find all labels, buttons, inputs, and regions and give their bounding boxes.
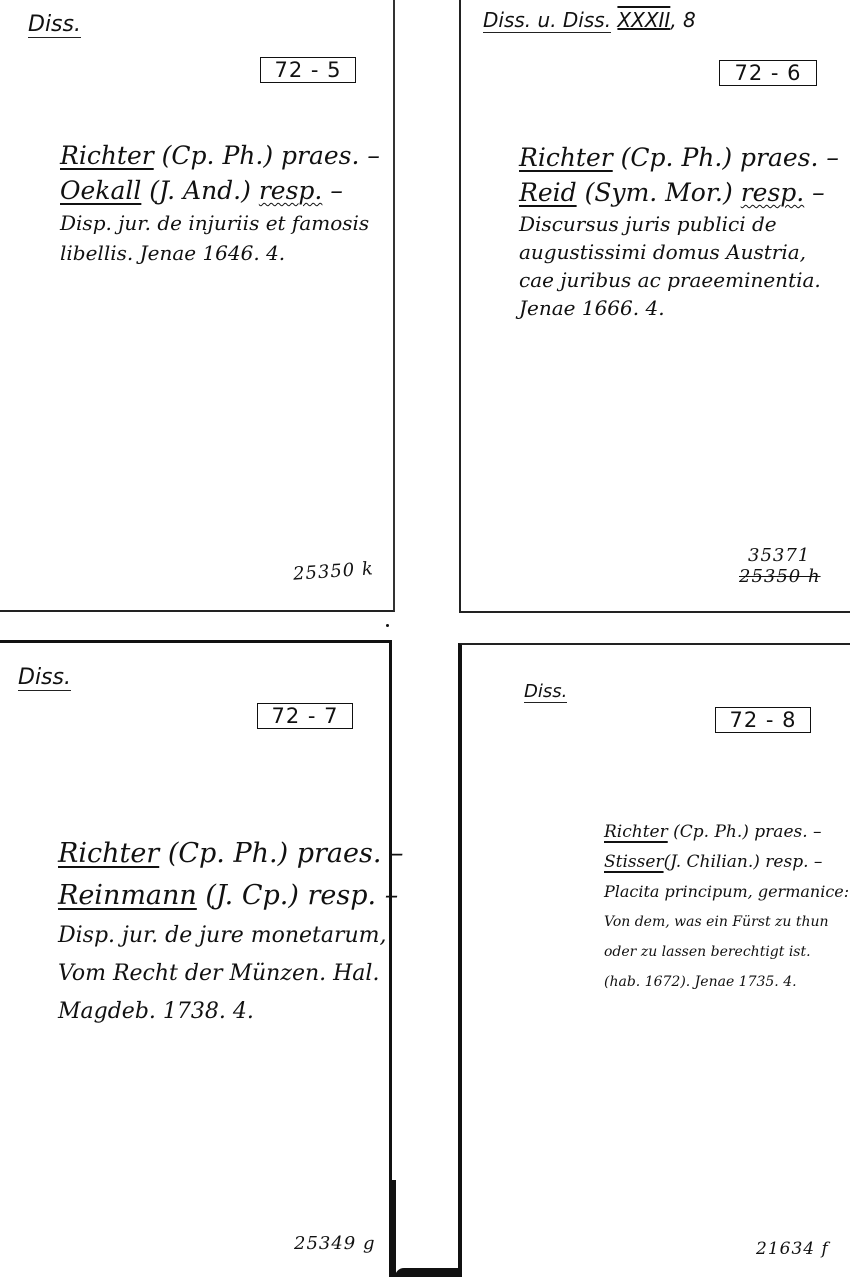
respondent-line: Stisser(J. Chilian.) resp. – (604, 847, 849, 877)
praeses-line: Richter (Cp. Ph.) praes. – (60, 138, 380, 174)
title-line: Placita principum, germanice: (604, 877, 849, 907)
accession-number: 35371 (748, 545, 810, 566)
praeses-name: Richter (58, 838, 159, 869)
respondent-line: Oekall (J. And.) resp. – (60, 174, 380, 208)
praeses-name: Richter (604, 822, 668, 842)
praeses-name: Richter (60, 141, 154, 170)
scan-speck (386, 624, 389, 627)
bibliographic-entry: Richter (Cp. Ph.) praes. – Reinmann (J. … (58, 833, 404, 1031)
catalog-card-72-5: Diss. 72 - 5 Richter (Cp. Ph.) praes. – … (0, 0, 395, 612)
shelf-mark: Diss. (28, 12, 81, 38)
shelf-mark: Diss. (524, 681, 567, 703)
catalog-card-72-8: Diss. 72 - 8 Richter (Cp. Ph.) praes. – … (458, 643, 850, 1277)
respondent-name: Oekall (60, 176, 141, 205)
call-number: 72 - 8 (715, 707, 811, 733)
praeses-line: Richter (Cp. Ph.) praes. – (604, 817, 849, 847)
title-line: (hab. 1672). Jenae 1735. 4. (604, 967, 849, 997)
praeses-line: Richter (Cp. Ph.) praes. – (519, 140, 839, 176)
title-line: Disp. jur. de injuriis et famosis (60, 208, 380, 238)
catalog-card-72-6: Diss. u. Diss. XXXII, 8 72 - 6 Richter (… (459, 0, 850, 613)
title-line: Magdeb. 1738. 4. (58, 993, 404, 1031)
title-line: Jenae 1666. 4. (519, 294, 839, 322)
call-number: 72 - 7 (257, 703, 353, 729)
respondent-name: Stisser (604, 852, 664, 872)
respondent-name: Reinmann (58, 880, 197, 911)
accession-number: 21634 f (756, 1239, 829, 1259)
title-line: Disp. jur. de jure monetarum, (58, 917, 404, 955)
call-number: 72 - 5 (260, 57, 356, 83)
bibliographic-entry: Richter (Cp. Ph.) praes. – Oekall (J. An… (60, 138, 380, 268)
title-line: oder zu lassen berechtigt ist. (604, 937, 849, 967)
accession-number: 25350 h (739, 566, 821, 587)
respondent-name: Reid (519, 178, 577, 207)
call-number: 72 - 6 (719, 60, 817, 86)
shelf-mark: Diss. (18, 665, 71, 691)
shelf-volume: XXXII (617, 8, 670, 32)
title-line: Discursus juris publici de (519, 210, 839, 238)
scan-shadow (395, 1268, 460, 1277)
bibliographic-entry: Richter (Cp. Ph.) praes. – Reid (Sym. Mo… (519, 140, 839, 322)
catalog-card-72-7: Diss. 72 - 7 Richter (Cp. Ph.) praes. – … (0, 640, 392, 1277)
respondent-line: Reid (Sym. Mor.) resp. – (519, 176, 839, 210)
praeses-name: Richter (519, 143, 613, 172)
respondent-line: Reinmann (J. Cp.) resp. – (58, 875, 404, 917)
shelf-mark: Diss. u. Diss. XXXII, 8 (483, 8, 696, 32)
accession-number: 25349 g (294, 1233, 376, 1254)
title-line: cae juribus ac praeeminentia. (519, 266, 839, 294)
title-line: augustissimi domus Austria, (519, 238, 839, 266)
praeses-line: Richter (Cp. Ph.) praes. – (58, 833, 404, 875)
accession-number: 25350 k (292, 558, 374, 585)
title-line: libellis. Jenae 1646. 4. (60, 238, 380, 268)
title-line: Vom Recht der Münzen. Hal. (58, 955, 404, 993)
bibliographic-entry: Richter (Cp. Ph.) praes. – Stisser(J. Ch… (604, 817, 849, 997)
scan-shadow (392, 1180, 396, 1277)
title-line: Von dem, was ein Fürst zu thun (604, 907, 849, 937)
